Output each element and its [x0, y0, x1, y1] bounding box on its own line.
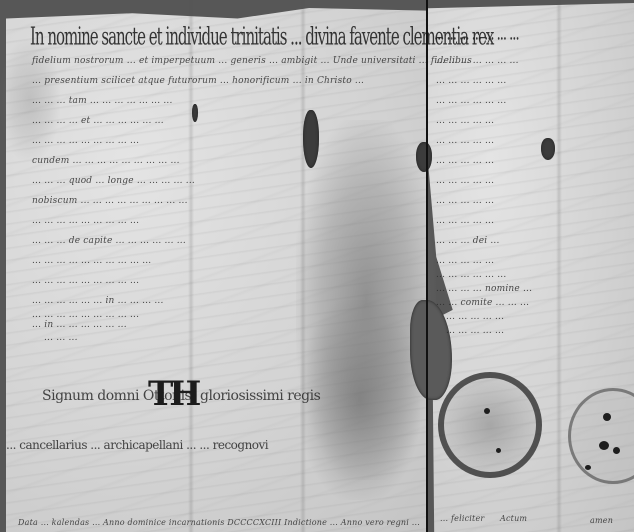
text-line: ... ... ... ... et ... ... ... ... ... .… [32, 116, 164, 126]
scan-seam-divider [426, 0, 428, 532]
seal-blot [585, 465, 591, 470]
text-line: ... ... ... de capite ... ... ... ... ..… [32, 236, 186, 246]
text-line: cundem ... ... ... ... ... ... ... ... .… [32, 156, 180, 166]
wax-seal-1 [438, 372, 542, 478]
text-line: ... ... comite ... ... ... [436, 298, 529, 308]
text-line: ... ... ... ... ... ... in ... ... ... .… [32, 296, 164, 306]
dating-line-tail-left: ... feliciter [440, 514, 484, 523]
text-line: ... ... ... ... ... ... ... ... ... [32, 276, 139, 286]
text-line: ... ... ... ... ... [436, 156, 494, 166]
recognition-line: ... cancellarius ... archicapellani ... … [6, 438, 268, 452]
text-line: ... ... ... ... ... [436, 196, 494, 206]
text-line: ... ... ... ... ... ... [436, 76, 506, 86]
text-line: ... ... ... ... nomine ... [436, 284, 532, 294]
text-line: ... ... ... ... ... [446, 312, 504, 322]
text-line: ... ... ... ... ... ... [436, 270, 506, 280]
text-line: ... ... ... ... ... [446, 326, 504, 336]
parchment-left-sheet [6, 8, 427, 532]
dating-line-tail-actum: Actum [500, 514, 527, 523]
dating-line-tail-amen: amen [590, 516, 613, 525]
seal-blot [603, 413, 611, 421]
text-line: ... ... ... dei ... [436, 236, 500, 246]
text-line: ... ... ... ... ... ... ... ... ... ... [32, 256, 151, 266]
text-line: ... ... ... ... ... ... ... [436, 56, 519, 66]
parchment-hole [192, 104, 198, 122]
text-line: ... ... ... tam ... ... ... ... ... ... … [32, 96, 173, 106]
parchment-hole [303, 110, 319, 168]
text-line: ... in ... ... ... ... ... ... [32, 320, 127, 330]
fold-line [556, 0, 562, 532]
text-line: ... ... ... quod ... longe ... ... ... .… [32, 176, 195, 186]
text-line: ... ... ... [44, 333, 78, 343]
heading-elongated-line: ... ... ... ... ... ... ... [434, 22, 519, 46]
text-line: ... ... ... ... ... [436, 176, 494, 186]
signum-line-after: gloriosissimi regis [200, 388, 320, 404]
seal-blot [613, 447, 620, 454]
parchment-hole [541, 138, 555, 160]
seal-blot [599, 441, 609, 450]
text-line: ... presentium scilicet atque futurorum … [32, 76, 364, 86]
charter-scan: In nomine sancte et individue trinitatis… [0, 0, 634, 532]
heading-elongated-line: In nomine sancte et individue trinitatis… [30, 22, 493, 51]
seal-blot [484, 408, 490, 414]
text-line: ... ... ... ... ... [436, 216, 494, 226]
text-line: ... ... ... ... ... [436, 136, 494, 146]
text-line: nobiscum ... ... ... ... ... ... ... ...… [32, 196, 188, 206]
seal-blot [496, 448, 501, 453]
text-line: ... ... ... ... ... ... [436, 96, 506, 106]
parchment-hole [416, 142, 432, 172]
dating-line: Data ... kalendas ... Anno dominice inca… [18, 518, 420, 527]
text-line: fidelium nostrorum ... et imperpetuum ..… [32, 56, 472, 66]
text-line: ... ... ... ... ... [436, 116, 494, 126]
text-line: ... ... ... ... ... [436, 256, 494, 266]
text-line: ... ... ... ... ... ... ... ... ... [32, 136, 139, 146]
royal-monogram: TH [148, 374, 197, 414]
text-line: ... ... ... ... ... ... ... ... ... [32, 216, 139, 226]
text-line: ... ... ... ... ... ... ... ... ... [32, 310, 139, 320]
